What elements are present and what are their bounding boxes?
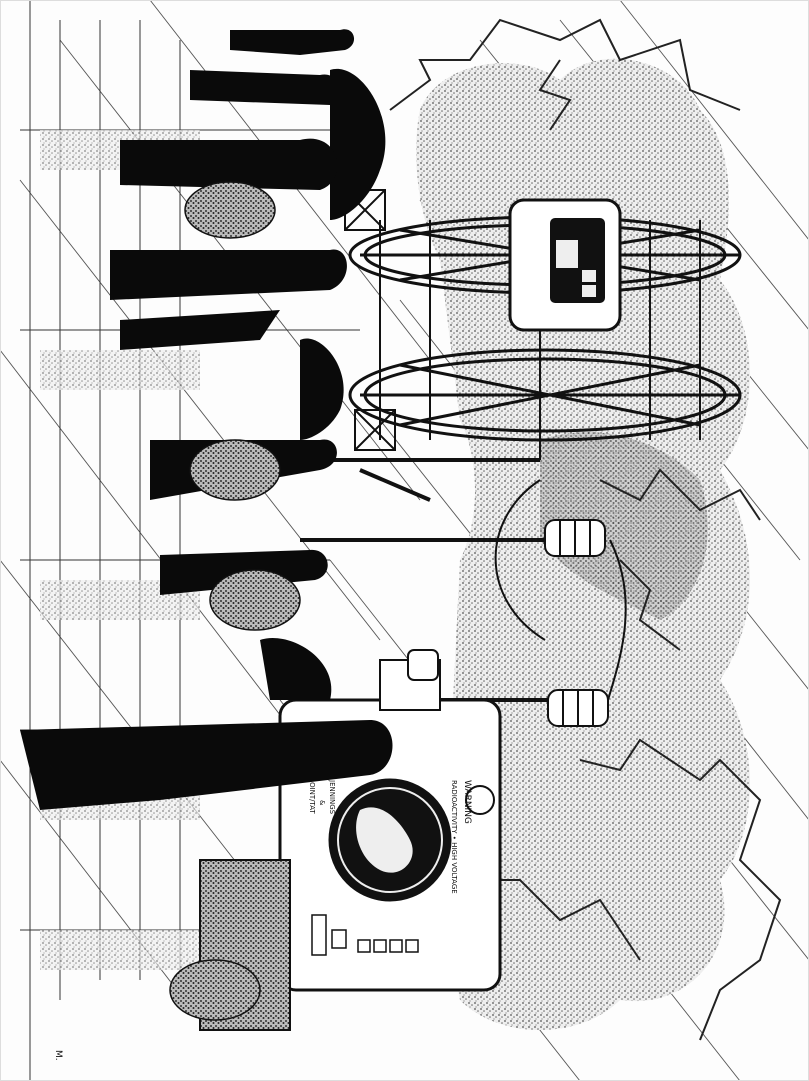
artist-signature: M. xyxy=(53,1050,63,1061)
warning-label: WARNING xyxy=(462,780,472,824)
illustration-canvas: WARNING RADIOACTIVITY • HIGH VOLTAGE JEN… xyxy=(0,0,809,1081)
radioactivity-label: RADIOACTIVITY • HIGH VOLTAGE xyxy=(450,780,458,894)
side-label-line3: JOINT/TAT xyxy=(308,779,316,814)
side-label-line1: JENNINGS xyxy=(328,779,336,815)
cabin xyxy=(510,200,620,330)
side-label-line2: & xyxy=(318,800,326,806)
illustration: WARNING RADIOACTIVITY • HIGH VOLTAGE JEN… xyxy=(0,0,809,1081)
truss xyxy=(345,190,395,450)
